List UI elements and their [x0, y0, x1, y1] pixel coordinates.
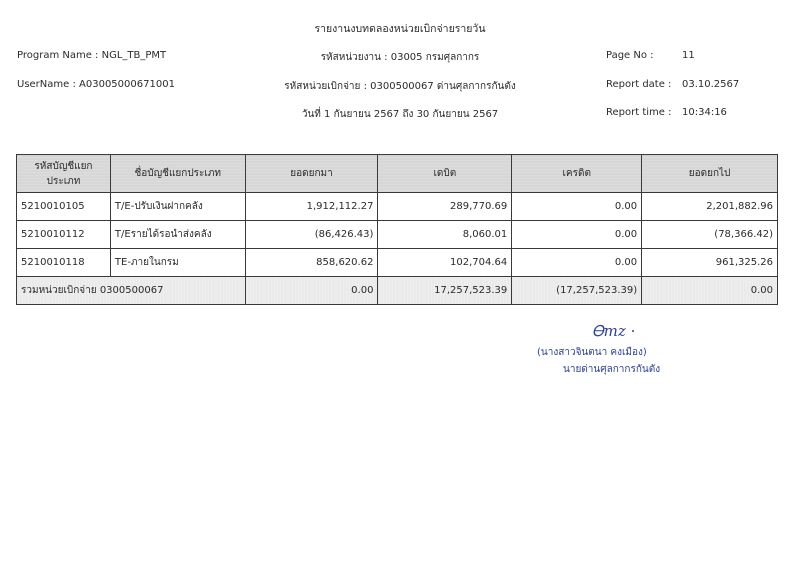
column-header-account-code: รหัสบัญชีแยกประเภท: [17, 155, 111, 193]
carried-forward: (78,366.42): [642, 221, 778, 249]
signature-icon: Ꮎmz ·: [592, 322, 635, 340]
account-name: T/E-ปรับเงินฝากคลัง: [110, 193, 245, 221]
column-header-brought-forward: ยอดยกมา: [245, 155, 378, 193]
account-name: T/Eรายได้รอนำส่งคลัง: [110, 221, 245, 249]
credit: 0.00: [512, 249, 642, 277]
trial-balance-table: รหัสบัญชีแยกประเภท ชื่อบัญชีแยกประเภท ยอ…: [16, 154, 778, 305]
program-name: Program Name : NGL_TB_PMT: [17, 50, 166, 61]
report-time-value: 10:34:16: [682, 107, 727, 118]
account-name: TE-ภายในกรม: [110, 249, 245, 277]
table-row: 5210010105 T/E-ปรับเงินฝากคลัง 1,912,112…: [17, 193, 778, 221]
signatory-title: นายด่านศุลกากรกันตัง: [563, 362, 660, 377]
table-row: 5210010118 TE-ภายในกรม 858,620.62 102,70…: [17, 249, 778, 277]
carried-forward: 2,201,882.96: [642, 193, 778, 221]
report-date-label: Report date :: [606, 79, 671, 90]
account-code: 5210010105: [17, 193, 111, 221]
carried-forward: 961,325.26: [642, 249, 778, 277]
report-time-label: Report time :: [606, 107, 671, 118]
table-header-row: รหัสบัญชีแยกประเภท ชื่อบัญชีแยกประเภท ยอ…: [17, 155, 778, 193]
total-row: รวมหน่วยเบิกจ่าย 0300500067 0.00 17,257,…: [17, 277, 778, 305]
column-header-account-name: ชื่อบัญชีแยกประเภท: [110, 155, 245, 193]
column-header-debit: เดบิต: [378, 155, 512, 193]
column-header-carried-forward: ยอดยกไป: [642, 155, 778, 193]
report-title: รายงานงบทดลองหน่วยเบิกจ่ายรายวัน: [0, 20, 800, 37]
total-carried-forward: 0.00: [642, 277, 778, 305]
debit: 102,704.64: [378, 249, 512, 277]
total-label: รวมหน่วยเบิกจ่าย 0300500067: [17, 277, 246, 305]
signatory-name: (นางสาวจินตนา คงเมือง): [537, 345, 647, 360]
brought-forward: 1,912,112.27: [245, 193, 378, 221]
user-name: UserName : A03005000671001: [17, 79, 175, 90]
debit: 289,770.69: [378, 193, 512, 221]
page-no-label: Page No :: [606, 50, 654, 61]
brought-forward: (86,426.43): [245, 221, 378, 249]
page-no-value: 11: [682, 50, 695, 61]
column-header-credit: เครดิต: [512, 155, 642, 193]
total-brought-forward: 0.00: [245, 277, 378, 305]
report-date-value: 03.10.2567: [682, 79, 739, 90]
account-code: 5210010118: [17, 249, 111, 277]
table-row: 5210010112 T/Eรายได้รอนำส่งคลัง (86,426.…: [17, 221, 778, 249]
credit: 0.00: [512, 221, 642, 249]
brought-forward: 858,620.62: [245, 249, 378, 277]
credit: 0.00: [512, 193, 642, 221]
report-period: วันที่ 1 กันยายน 2567 ถึง 30 กันยายน 256…: [0, 107, 800, 122]
account-code: 5210010112: [17, 221, 111, 249]
total-credit: (17,257,523.39): [512, 277, 642, 305]
debit: 8,060.01: [378, 221, 512, 249]
total-debit: 17,257,523.39: [378, 277, 512, 305]
